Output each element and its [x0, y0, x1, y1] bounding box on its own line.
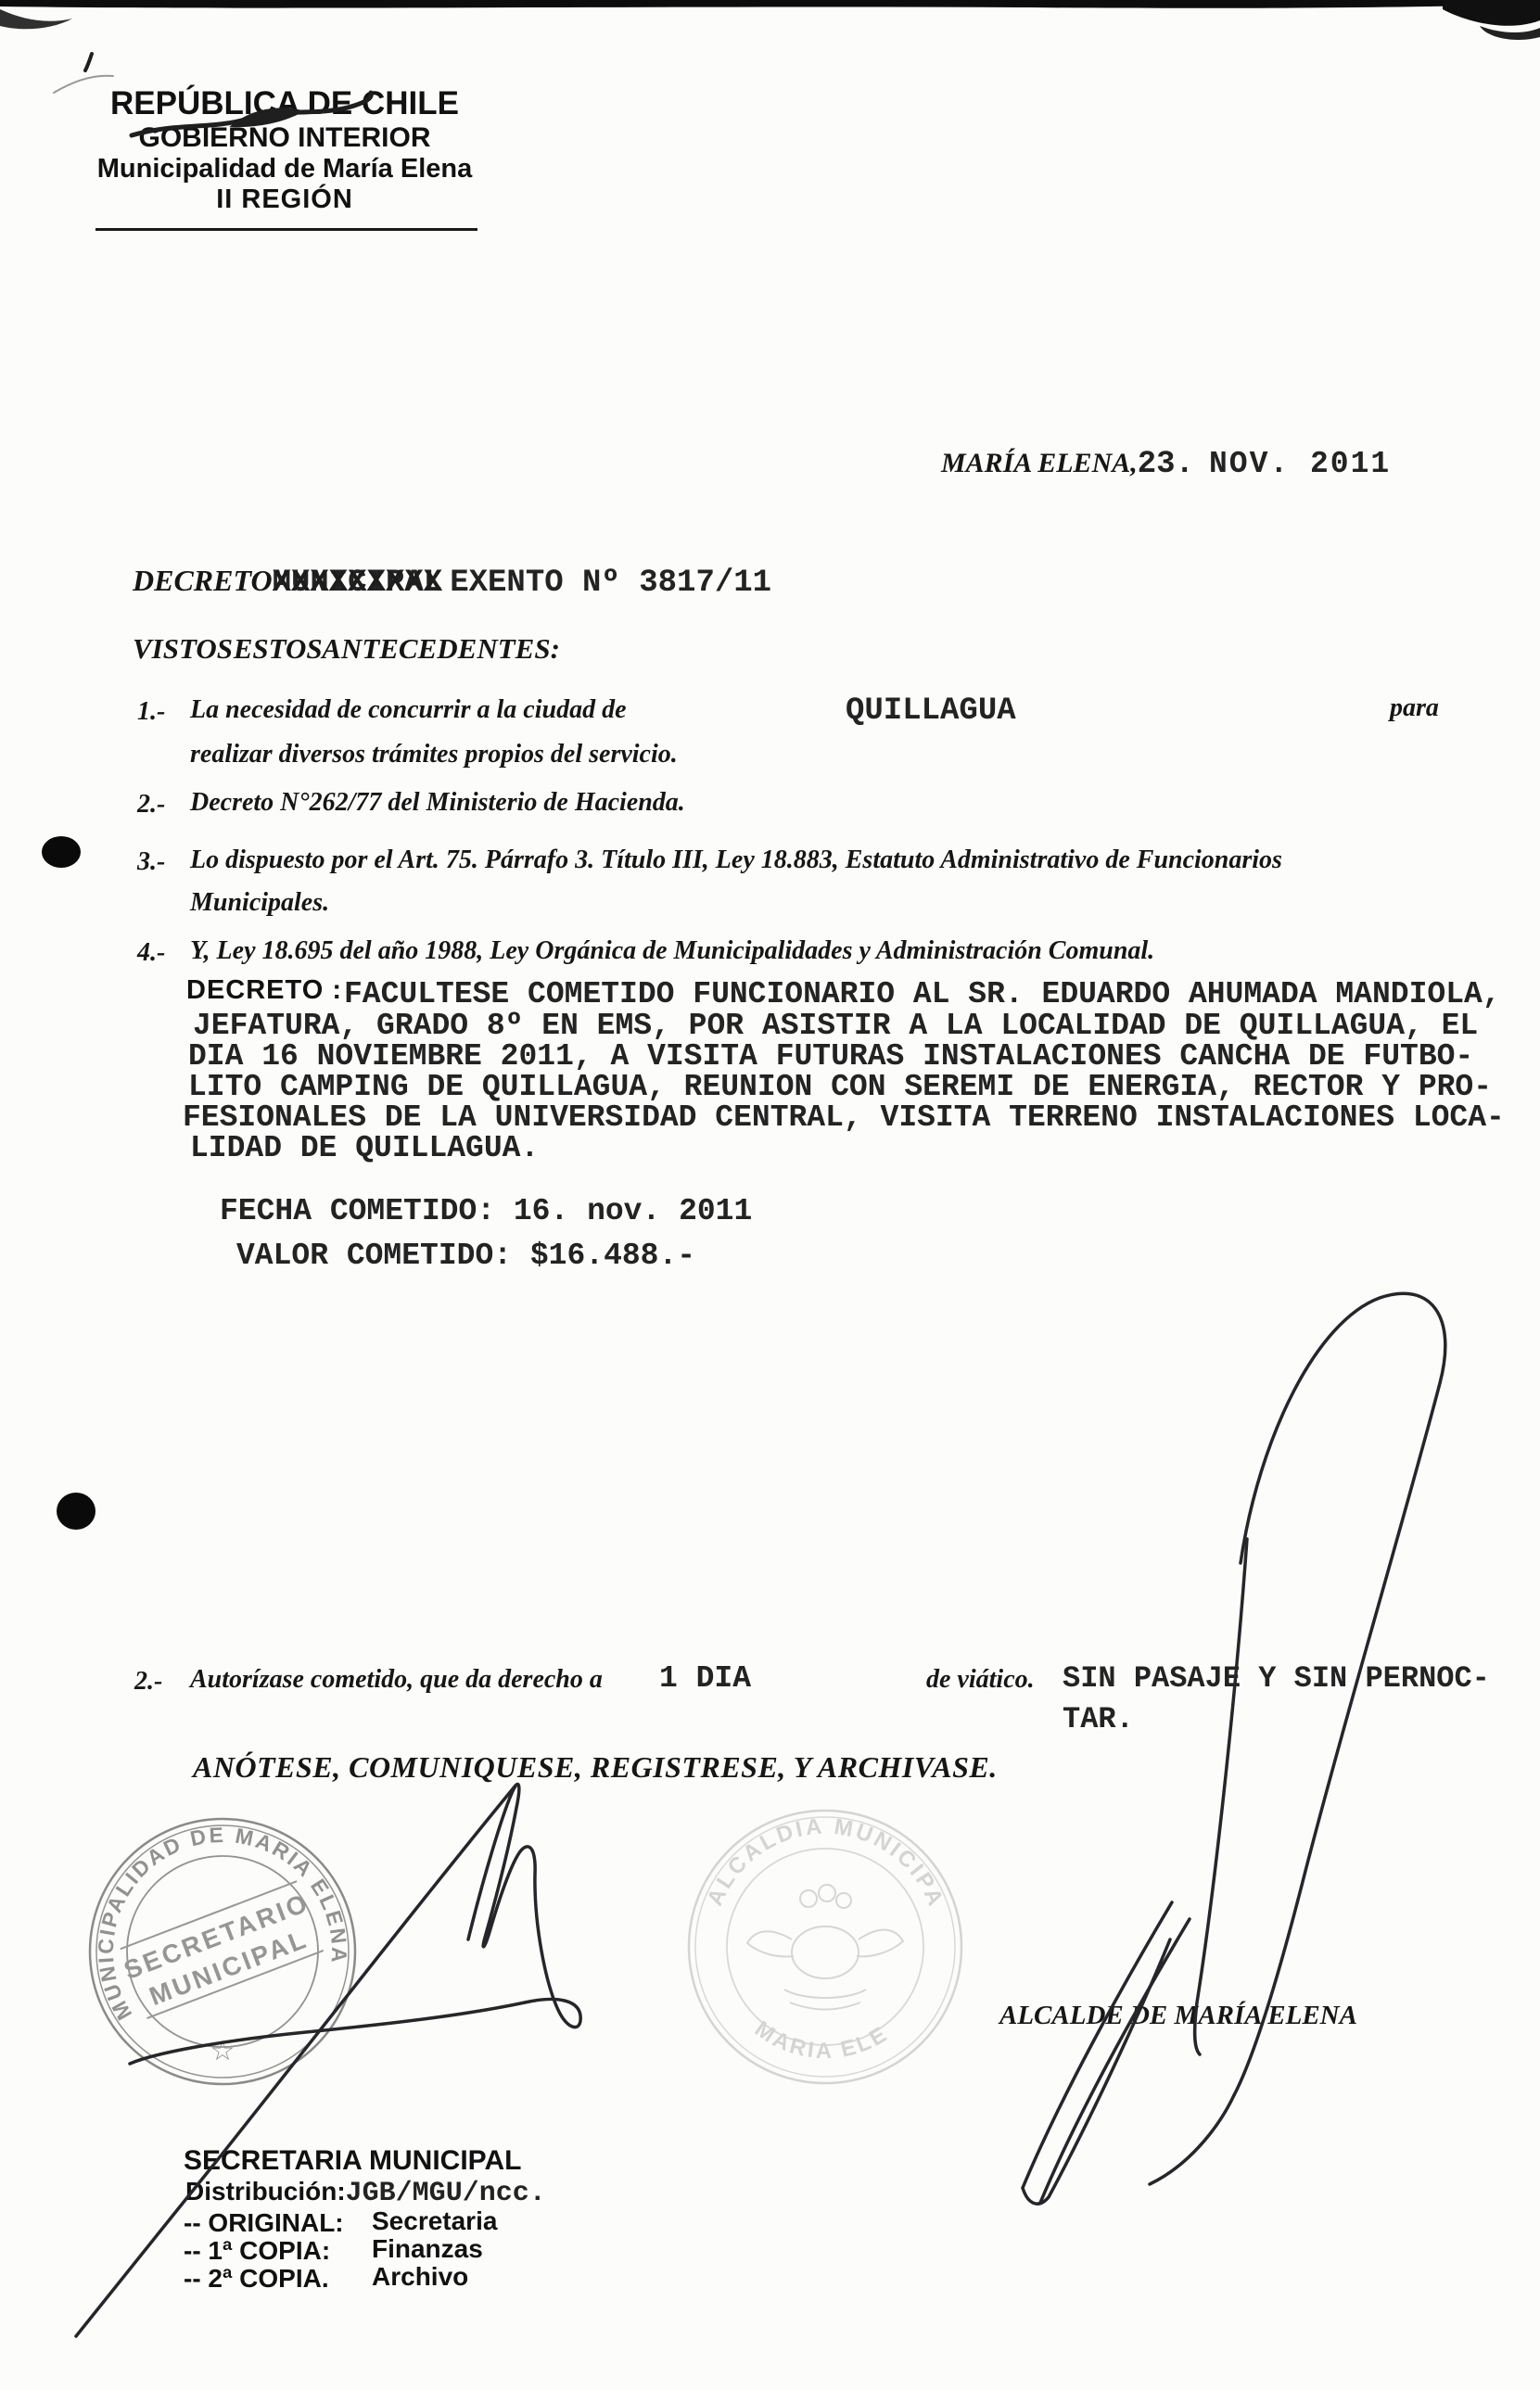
distribution-label: Distribución:	[185, 2177, 346, 2206]
decreto-paragraph-line1: FACULTESE COMETIDO FUNCIONARIO AL SR. ED…	[344, 977, 1501, 1011]
letterhead-municipality: Municipalidad de María Elena	[67, 154, 503, 184]
authorization-pre-text: Autorízase cometido, que da derecho a	[190, 1665, 603, 1695]
punch-hole-dot-top	[42, 836, 81, 868]
coat-of-arms-icon	[747, 1885, 903, 2010]
decreto-paragraph-line3: DIA 16 NOVIEMBRE 2011, A VISITA FUTURAS …	[188, 1039, 1473, 1074]
letterhead: REPÚBLICA DE CHILE GOBIERNO INTERIOR Mun…	[67, 85, 503, 215]
authorization-post-text: de viático.	[926, 1665, 1035, 1695]
authorization-typed-line2: TAR.	[1063, 1702, 1134, 1736]
authorization-typed-line1: SIN PASAJE Y SIN PERNOC-	[1063, 1661, 1490, 1696]
scanned-decree-document: REPÚBLICA DE CHILE GOBIERNO INTERIOR Mun…	[0, 0, 1540, 2390]
secretario-municipal-stamp: MUNICIPALIDAD DE MARIA ELENA ☆ SECRETARI…	[90, 1819, 355, 2084]
distribution-value: JGB/MGU/ncc.	[346, 2178, 546, 2209]
decree-label: DECRETO	[133, 564, 273, 597]
svg-text:MUNICIPALIDAD DE MARIA ELENA: MUNICIPALIDAD DE MARIA ELENA	[94, 1823, 352, 2025]
footer-row-copy2-label: -- 2ª COPIA.	[184, 2264, 329, 2294]
valor-cometido: VALOR COMETIDO: $16.488.-	[236, 1239, 695, 1273]
decreto-paragraph-line6: LIDAD DE QUILLAGUA.	[190, 1131, 539, 1165]
decree-struck-word: MUNICIPALXXXXXXXXX	[273, 566, 443, 601]
item-3-line1: Lo dispuesto por el Art. 75. Párrafo 3. …	[190, 845, 1282, 875]
item-2-text: Decreto N°262/77 del Ministerio de Hacie…	[190, 788, 685, 818]
decreto-paragraph-line4: LITO CAMPING DE QUILLAGUA, REUNION CON S…	[188, 1070, 1492, 1104]
letterhead-rule	[95, 228, 477, 231]
footer-title: SECRETARIA MUNICIPAL	[184, 2145, 521, 2177]
footer-row-copy1-label: -- 1ª COPIA:	[184, 2236, 330, 2266]
authorization-number: 2.-	[134, 1667, 162, 1697]
stamp-star-icon: ☆	[210, 2035, 235, 2067]
letterhead-region: II REGIÓN	[67, 184, 503, 215]
decree-typed-number: EXENTO Nº 3817/11	[450, 566, 771, 601]
dateline-day: 23.	[1138, 447, 1194, 482]
decreto-paragraph-label: DECRETO :	[186, 975, 342, 1006]
stamp-band-line1: SECRETARIO	[120, 1888, 313, 1985]
item-1-number: 1.-	[137, 697, 165, 727]
footer-row-copy1-value: Finanzas	[372, 2234, 483, 2264]
footer-row-copy2-value: Archivo	[372, 2262, 468, 2292]
vistos-heading: VISTOS ESTOS ANTECEDENTES:	[133, 632, 560, 666]
footer-row-original-label: -- ORIGINAL:	[184, 2208, 344, 2238]
closing-formula: ANÓTESE, COMUNIQUESE, REGISTRESE, Y ARCH…	[193, 1750, 998, 1785]
letterhead-government: GOBIERNO INTERIOR	[67, 122, 503, 154]
item-1-line1: La necesidad de concurrir a la ciudad de	[190, 695, 627, 725]
scan-top-border	[0, 0, 1540, 40]
decreto-paragraph-line2: JEFATURA, GRADO 8º EN EMS, POR ASISTIR A…	[193, 1009, 1478, 1043]
decree-number-line: DECRETOMUNICIPALXXXXXXXXXEXENTO Nº 3817/…	[133, 564, 771, 601]
footer-row-original-value: Secretaria	[372, 2206, 497, 2236]
item-1-tail: para	[1390, 693, 1439, 723]
decree-overstrike: XXXXXXXXX	[273, 566, 443, 601]
footer-distribution: Distribución:JGB/MGU/ncc.	[185, 2177, 546, 2209]
stamp-ring-text: MUNICIPALIDAD DE MARIA ELENA	[94, 1823, 352, 2025]
item-4-text: Y, Ley 18.695 del año 1988, Ley Orgánica…	[190, 936, 1154, 966]
item-1-typed-destination: QUILLAGUA	[846, 693, 1016, 729]
dateline-place: MARÍA ELENA,	[941, 448, 1138, 478]
letterhead-country: REPÚBLICA DE CHILE	[67, 85, 503, 122]
dateline: MARÍA ELENA,23.NOV. 2011	[941, 447, 1391, 482]
item-1-line2: realizar diversos trámites propios del s…	[190, 740, 678, 769]
item-2-number: 2.-	[137, 790, 165, 820]
dateline-stamp: NOV. 2011	[1209, 447, 1391, 481]
stamp-band-line2: MUNICIPAL	[146, 1924, 312, 2011]
fecha-cometido: FECHA COMETIDO: 16. nov. 2011	[220, 1194, 752, 1228]
item-4-number: 4.-	[137, 938, 165, 968]
alcalde-signature	[1023, 1293, 1445, 2204]
authorization-typed-days: 1 DIA	[659, 1661, 751, 1696]
decreto-paragraph-line5: FESIONALES DE LA UNIVERSIDAD CENTRAL, VI…	[183, 1100, 1505, 1135]
alcalde-caption: ALCALDE DE MARÍA ELENA	[999, 2001, 1357, 2031]
item-3-line2: Municipales.	[190, 888, 329, 918]
item-3-number: 3.-	[137, 847, 165, 877]
punch-hole-dot-bottom	[57, 1493, 95, 1530]
